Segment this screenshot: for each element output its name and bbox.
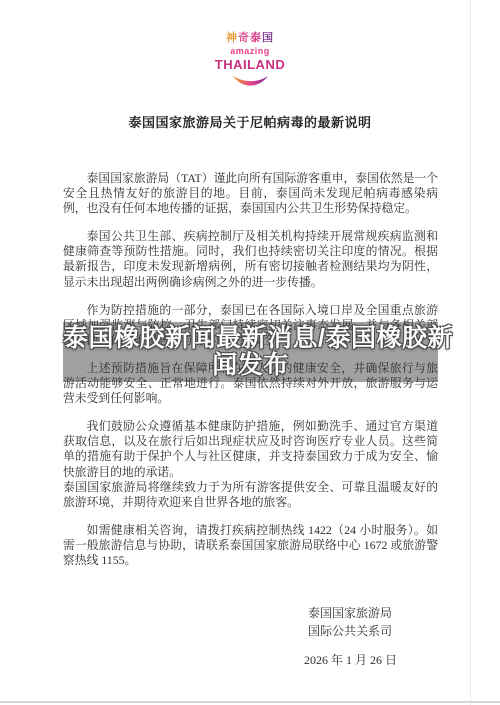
document-paragraph: 如需健康相关咨询，请拨打疾病控制热线 1422（24 小时服务）。如需一般旅游信…: [63, 523, 438, 568]
logo-cn-char: 泰: [250, 32, 262, 44]
document-paragraph: 我们鼓励公众遵循基本健康防护措施，例如勤洗手、通过官方渠道获取信息，以及在旅行后…: [63, 419, 438, 479]
watermark-banner-line2: 闻发布: [63, 352, 438, 379]
signature-org: 泰国国家旅游局: [63, 604, 392, 622]
logo-cn-char: 奇: [238, 32, 250, 44]
document-date: 2026 年 1 月 26 日: [63, 653, 438, 668]
amazing-thailand-logo: 神奇泰国 amazing THAILAND: [0, 0, 500, 91]
document-paragraph: 泰国国家旅游局将继续致力于为所有游客提供安全、可靠且温暖友好的旅游环境，并期待欢…: [63, 480, 438, 510]
page-edge-line: [470, 0, 471, 705]
watermark-banner: 泰国橡胶新闻最新消息/泰国橡胶新 闻发布: [63, 322, 438, 382]
logo-cn-char: 神: [226, 32, 238, 44]
document-body: 泰国国家旅游局（TAT）谨此向所有国际游客重申，泰国依然是一个安全且热情友好的旅…: [0, 171, 500, 668]
signature-dept: 国际公共关系司: [63, 622, 392, 640]
logo-swoosh-icon: [230, 73, 270, 91]
document-paragraph: 泰国公共卫生部、疾病控制厅及相关机构持续开展常规疾病监测和健康筛查等预防性措施。…: [63, 229, 438, 289]
signature-block: 泰国国家旅游局 国际公共关系司: [63, 604, 438, 640]
logo-amazing-text: amazing: [0, 47, 500, 56]
page-bottom-line: [0, 701, 500, 703]
document-title: 泰国国家旅游局关于尼帕病毒的最新说明: [0, 112, 500, 131]
logo-thailand-text: THAILAND: [0, 58, 500, 71]
watermark-banner-line1: 泰国橡胶新闻最新消息/泰国橡胶新: [63, 325, 438, 352]
document-paragraph: 泰国国家旅游局（TAT）谨此向所有国际游客重申，泰国依然是一个安全且热情友好的旅…: [63, 171, 438, 216]
logo-chinese-text: 神奇泰国: [0, 33, 500, 44]
logo-cn-char: 国: [262, 32, 274, 44]
